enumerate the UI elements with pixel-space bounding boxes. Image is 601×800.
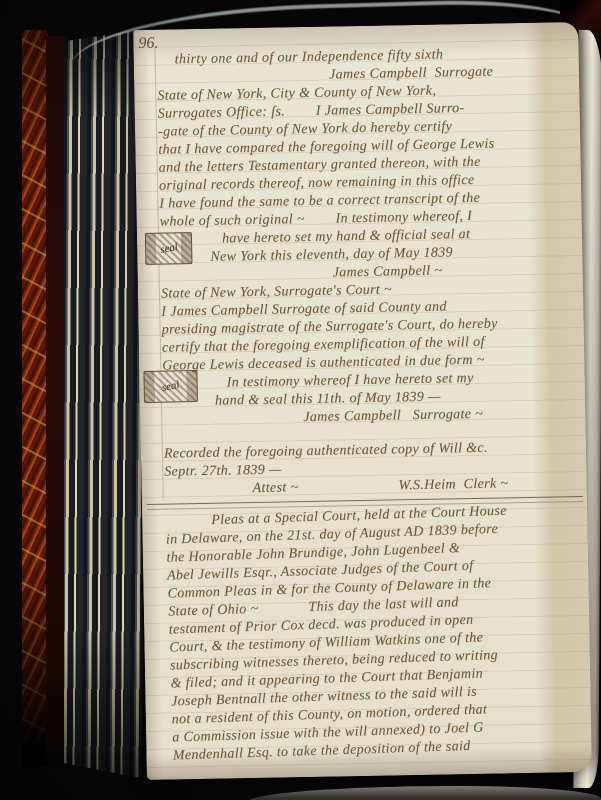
manuscript-section-ohio: Pleas at a Special Court, held at the Co…	[165, 500, 585, 765]
page-number: 96.	[138, 35, 158, 53]
manuscript-section-new-york: thirty one and of our Independence fifty…	[157, 44, 577, 499]
marbled-book-cover	[22, 30, 48, 766]
book-bottom-edge	[248, 786, 601, 800]
photo-background: 96. seal seal thirty one and of our Inde…	[0, 0, 601, 800]
stacked-page-edges	[64, 30, 142, 778]
manuscript-page: 96. seal seal thirty one and of our Inde…	[133, 22, 592, 780]
